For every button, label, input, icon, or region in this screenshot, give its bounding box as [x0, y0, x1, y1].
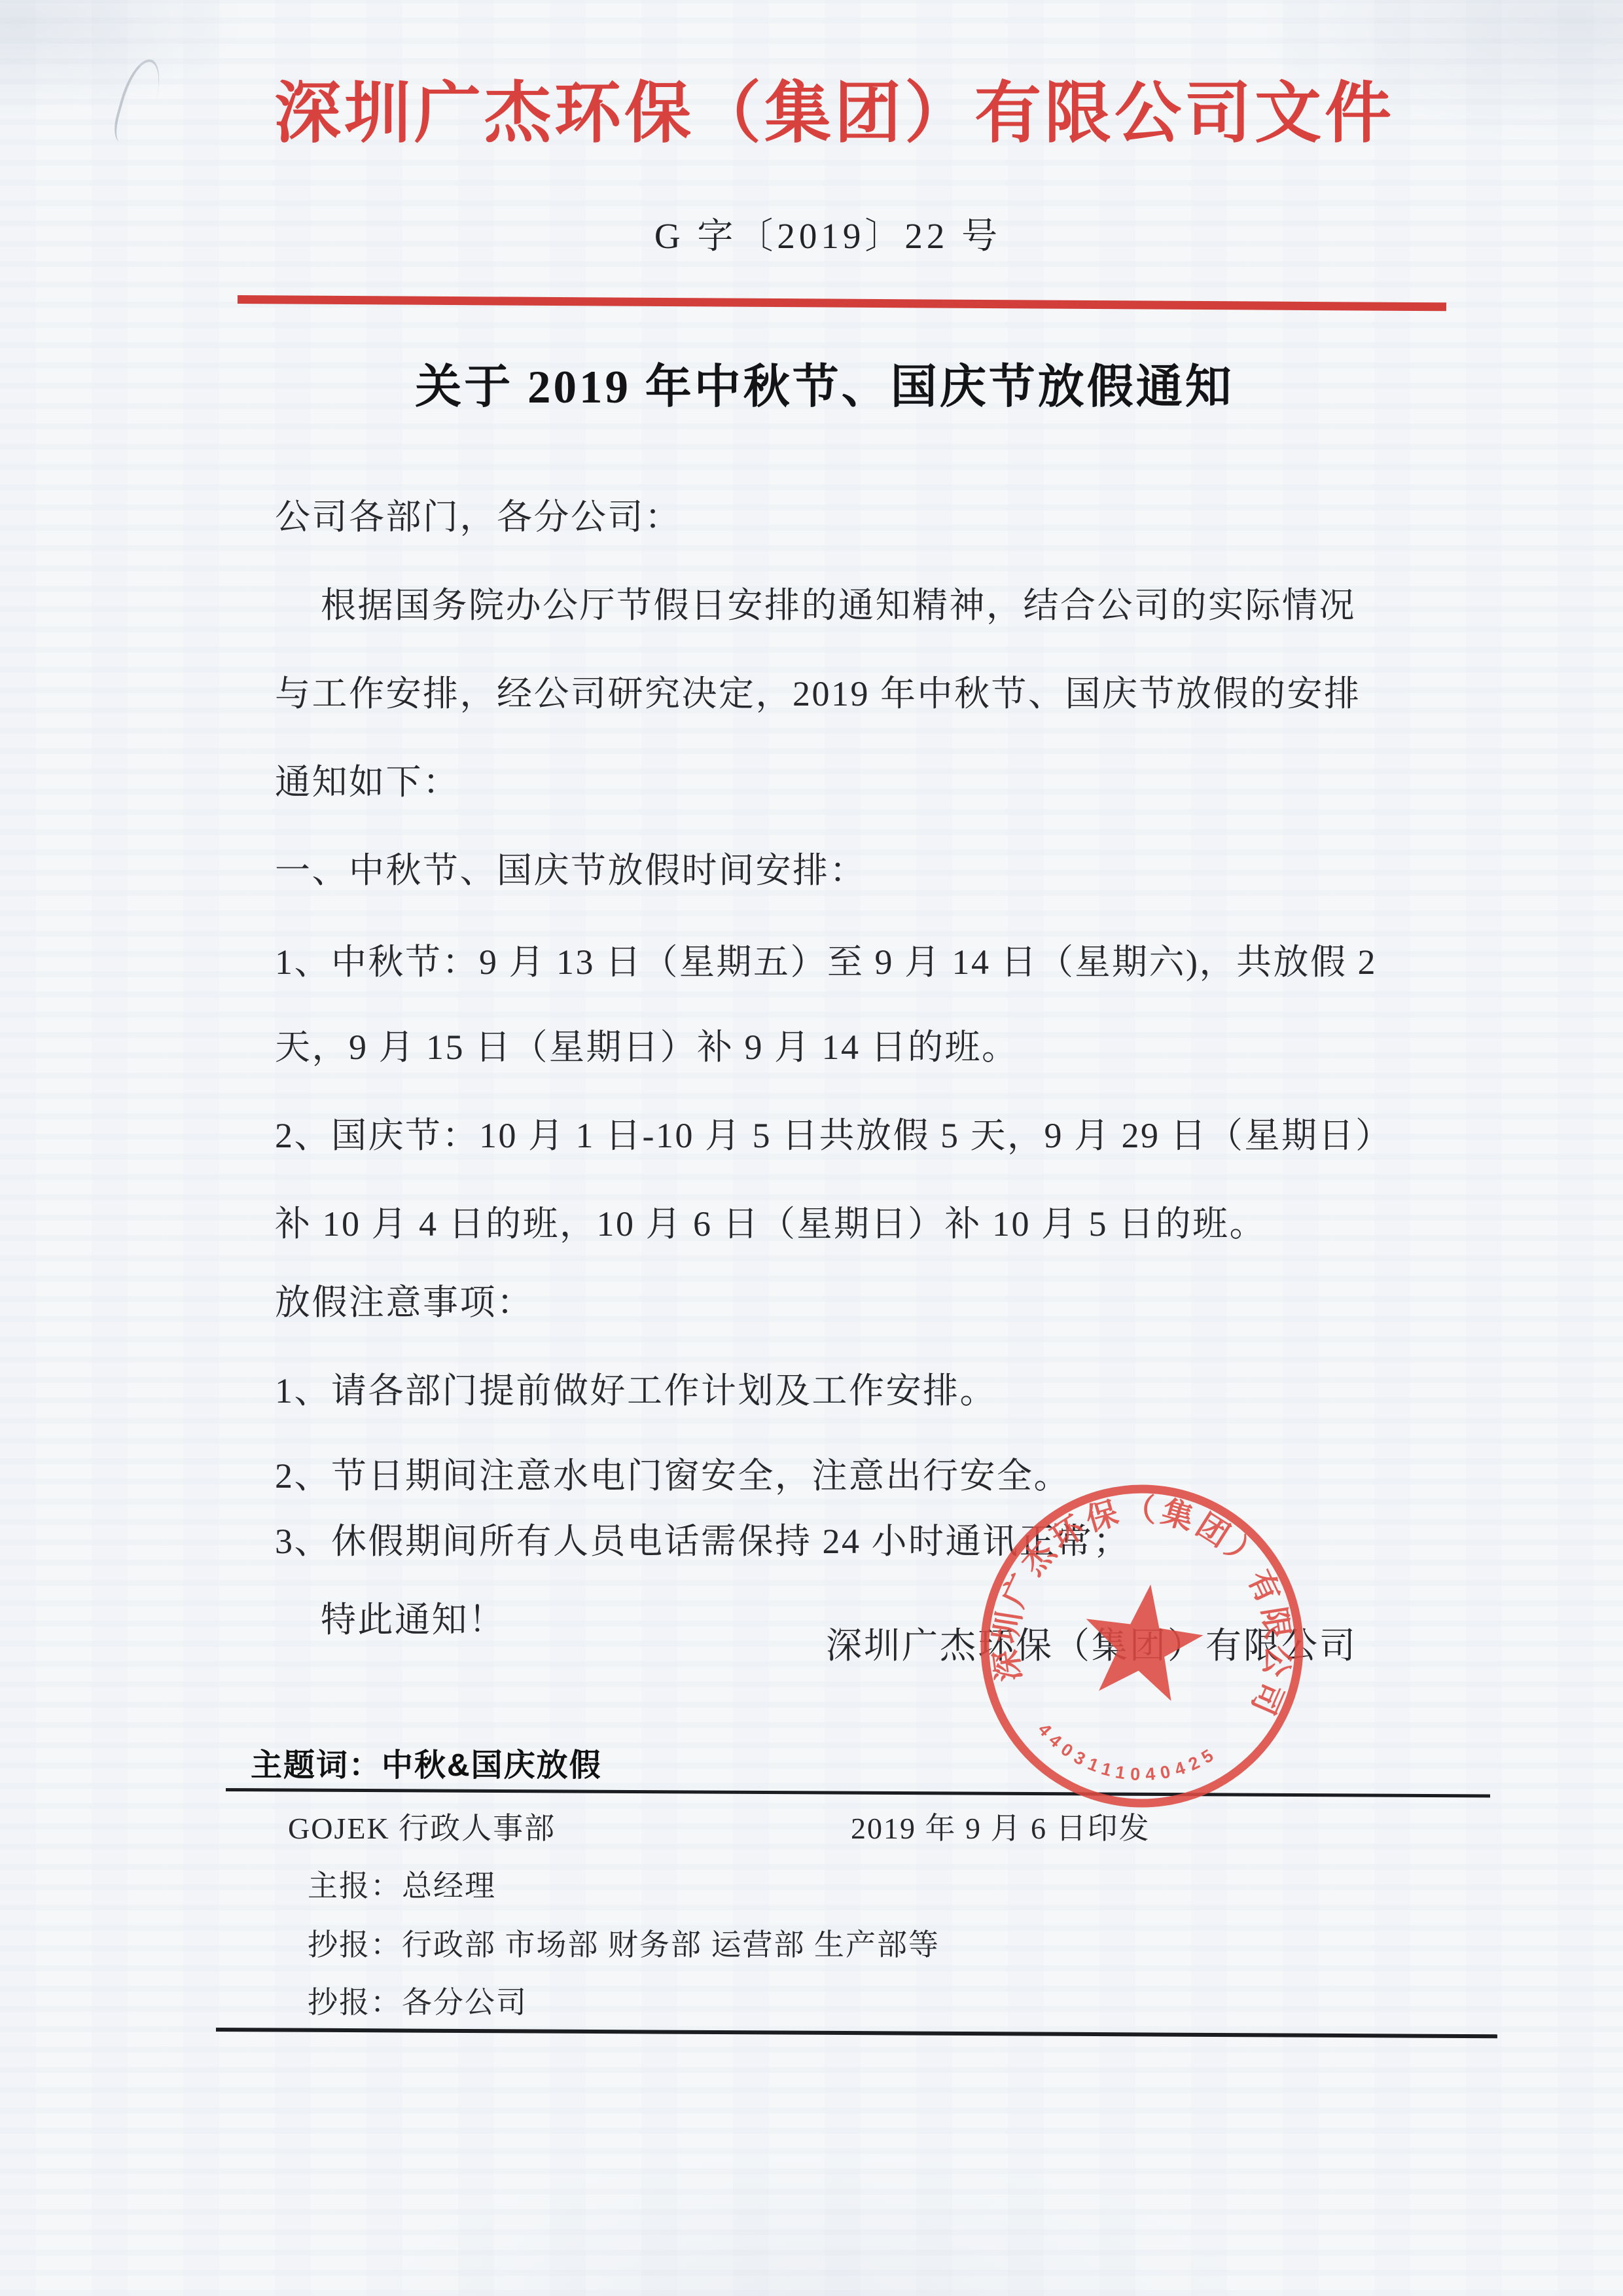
- cc-report-line-2: 抄报：各分公司: [308, 1979, 527, 2022]
- keywords-line: 主题词：中秋&国庆放假: [251, 1740, 602, 1785]
- body-line-3: 与工作安排，经公司研究决定，2019 年中秋节、国庆节放假的安排: [275, 673, 1398, 714]
- keywords-value: 中秋&国庆放假: [382, 1748, 602, 1783]
- footer-divider-bottom: [216, 2028, 1497, 2038]
- notes-heading-line: 放假注意事项：: [275, 1282, 1398, 1323]
- svg-text:4403111040425: 4403111040425: [1029, 1718, 1224, 1797]
- body-line-9: 补 10 月 4 日的班，10 月 6 日（星期日）补 10 月 5 日的班。: [275, 1204, 1398, 1244]
- scanned-notice-page: 深圳广杰环保（集团）有限公司文件 G 字〔2019〕22 号 关于 2019 年…: [0, 0, 1623, 2296]
- notice-title: 关于 2019 年中秋节、国庆节放假通知: [13, 350, 1623, 416]
- company-letterhead-title: 深圳广杰环保（集团）有限公司文件: [23, 60, 1623, 156]
- keywords-label: 主题词：: [251, 1748, 382, 1783]
- note-line-2: 2、节日期间注意水电门窗安全，注意出行安全。: [275, 1456, 1398, 1496]
- document-number: G 字〔2019〕22 号: [16, 207, 1623, 259]
- note-line-1: 1、请各部门提前做好工作计划及工作安排。: [275, 1371, 1398, 1411]
- red-divider-line: [238, 295, 1446, 311]
- body-line-2: 根据国务院办公厅节假日安排的通知精神，结合公司的实际情况: [275, 585, 1444, 626]
- section-heading-line: 一、中秋节、国庆节放假时间安排：: [275, 850, 1398, 891]
- issuing-department: GOJEK 行政人事部: [288, 1804, 556, 1848]
- issue-date: 2019 年 9 月 6 日印发: [851, 1804, 1150, 1848]
- body-line-6: 1、中秋节：9 月 13 日（星期五）至 9 月 14 日（星期六)，共放假 2: [275, 942, 1398, 982]
- seal-serial-number: 4403111040425: [1029, 1718, 1224, 1797]
- cc-report-line-1: 抄报：行政部 市场部 财务部 运营部 生产部等: [308, 1921, 940, 1964]
- salutation-line: 公司各部门，各分公司：: [275, 497, 1398, 537]
- red-star-icon: [1077, 1576, 1209, 1704]
- body-line-7: 天，9 月 15 日（星期日）补 9 月 14 日的班。: [275, 1027, 1398, 1067]
- primary-report-line: 主报：总经理: [308, 1862, 496, 1905]
- body-line-4: 通知如下：: [275, 762, 1398, 802]
- company-seal-stamp: 深圳广杰环保（集团）有限公司 4403111040425: [955, 1459, 1329, 1833]
- footer-divider-top: [226, 1788, 1490, 1797]
- body-line-8: 2、国庆节：10 月 1 日-10 月 5 日共放假 5 天，9 月 29 日（…: [275, 1115, 1398, 1156]
